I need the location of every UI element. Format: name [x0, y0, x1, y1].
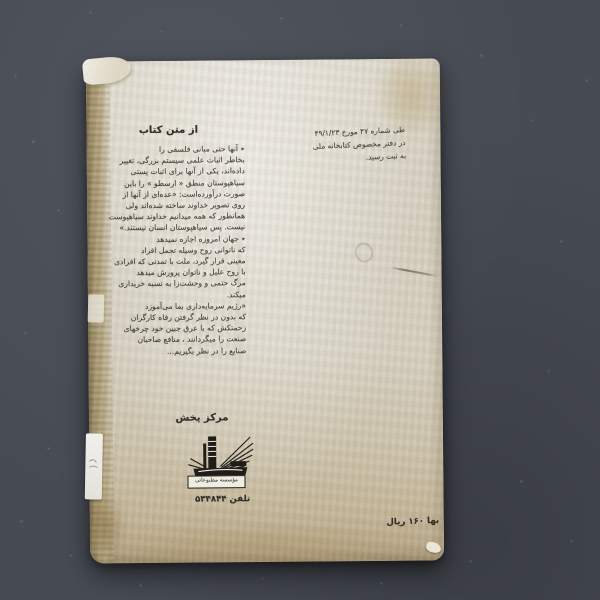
excerpt-header: از متن كتاب [92, 124, 244, 136]
excerpt-line: صنايع را در نظر بگيريم... [94, 345, 246, 358]
publisher-phone-number: تلفن ۵۳۴۸۴۴ [182, 494, 264, 505]
stain-bottom-band [110, 527, 410, 560]
faded-stamp-mark [352, 240, 375, 264]
chipped-corner-bottom-right [425, 541, 442, 554]
library-registration-note: طى شماره ۴۷ مورخ ۴۹/۱/۲۳ در دفتر مخصوص ك… [303, 123, 407, 166]
publisher-banner-text: مؤسسه مطبوعاتى [187, 475, 245, 489]
excerpt-block: از متن كتاب ٭ آنها حتى مبانى فلسفى را بخ… [92, 124, 246, 357]
price-label: بها ۱۶۰ ريال [385, 516, 441, 528]
worn-corner-top-left [82, 55, 132, 85]
printing-press-rays-icon [186, 434, 254, 479]
book-back-cover: از متن كتاب ٭ آنها حتى مبانى فلسفى را بخ… [86, 58, 444, 563]
distribution-center-label: مركز پخش [167, 412, 237, 424]
publisher-logo-stamp: مؤسسه مطبوعاتى [186, 434, 255, 493]
background-speckles [0, 0, 1, 1]
handwriting-mark [85, 433, 103, 499]
crease-scratch [390, 266, 438, 277]
library-spine-label [85, 433, 103, 499]
